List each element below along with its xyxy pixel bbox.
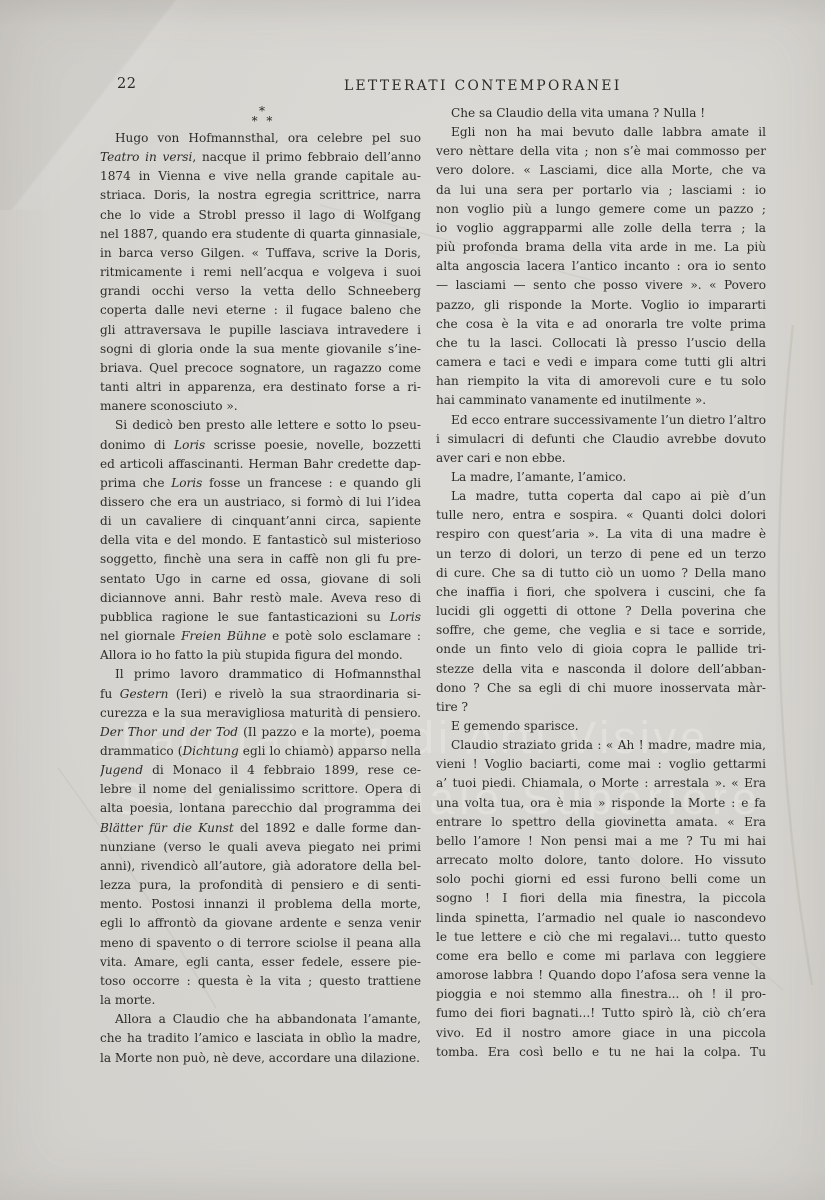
text-line: in barca verso Gilgen. « Tuffava, scrive…	[100, 244, 421, 263]
text-line: Hugo von Hofmannsthal, ora celebre pel s…	[100, 129, 421, 148]
text-column-right: Che sa Claudio della vita umana ? Nulla …	[436, 104, 766, 1062]
text-line: 1874 in Vienna e vive nella grande capit…	[100, 167, 421, 186]
text-line: le tue lettere e ciò che mi regalavi... …	[436, 928, 766, 947]
text-line: alta poesia, lontana parecchio dal progr…	[100, 799, 421, 818]
text-line: pazzo, gli risponde la Morte. Voglio io …	[436, 296, 766, 315]
text-line: vita. Amare, egli canta, esser fedele, e…	[100, 953, 421, 972]
text-line: La madre, l’amante, l’amico.	[436, 468, 766, 487]
text-line: soggetto, finchè una sera in caffè non g…	[100, 550, 421, 569]
text-line: di cure. Che sa di tutto ciò un uomo ? D…	[436, 564, 766, 583]
text-line: linda spinetta, l’armadio nel quale io n…	[436, 909, 766, 928]
text-line: nel 1887, quando era studente di quarta …	[100, 225, 421, 244]
text-line: bello l’amore ! Non pensi mai a me ? Tu …	[436, 832, 766, 851]
text-line: tulle nero, entra e sospira. « Quanti do…	[436, 506, 766, 525]
text-line: la morte.	[100, 991, 421, 1010]
text-line: lucidi gli oggetti di ottone ? Della pov…	[436, 602, 766, 621]
text-line: solo pochi giorni ed essi furono belli c…	[436, 870, 766, 889]
text-line: lebre il nome del genialissimo scrittore…	[100, 780, 421, 799]
text-line: manere sconosciuto ».	[100, 397, 421, 416]
text-line: sogno ! I fiori della mia finestra, la p…	[436, 889, 766, 908]
text-line: Allora io ho fatto la più stupida figura…	[100, 646, 421, 665]
text-line: han riempito la vita di amorevoli cure e…	[436, 372, 766, 391]
text-line: entrare lo spettro della giovinetta amat…	[436, 813, 766, 832]
text-line: vero dolore. « Lasciami, dice alla Morte…	[436, 161, 766, 180]
text-line: prima che Loris fosse un francese : e qu…	[100, 474, 421, 493]
text-line: che ha tradito l’amico e lasciata in obl…	[100, 1029, 421, 1048]
text-line: come era bello e come mi parlava con leg…	[436, 947, 766, 966]
text-line: nunziane (verso le quali aveva piegato n…	[100, 838, 421, 857]
text-line: dono ? Che sa egli di chi muore inosserv…	[436, 679, 766, 698]
text-line: fu Gestern (Ieri) e rivelò la sua straor…	[100, 685, 421, 704]
text-line: Egli non ha mai bevuto dalle labbra amat…	[436, 123, 766, 142]
text-line: sogni di gloria onde la sua mente giovan…	[100, 340, 421, 359]
text-line: a’ tuoi piedi. Chiamala, o Morte : arres…	[436, 774, 766, 793]
text-line: alta angoscia lacera l’antico incanto : …	[436, 257, 766, 276]
text-line: egli lo affrontò da giovane ardente e se…	[100, 914, 421, 933]
text-line: stezze della vita e nasconda il dolore d…	[436, 660, 766, 679]
text-line: Blätter für die Kunst del 1892 e dalle f…	[100, 819, 421, 838]
text-line: Ed ecco entrare successivamente l’un die…	[436, 411, 766, 430]
text-line: curezza e la sua meravigliosa maturità d…	[100, 704, 421, 723]
text-line: un terzo di dolori, un terzo di pene ed …	[436, 545, 766, 564]
text-line: briava. Quel precoce sognatore, un ragaz…	[100, 359, 421, 378]
text-line: amorose labbra ! Quando dopo l’afosa ser…	[436, 966, 766, 985]
text-line: coperta dalle nevi eterne : il fugace ba…	[100, 301, 421, 320]
text-line: che inaffia i fiori, che spolvera i cusc…	[436, 583, 766, 602]
running-header: LETTERATI CONTEMPORANEI	[344, 78, 622, 94]
text-line: da lui una sera per portarlo via ; lasci…	[436, 181, 766, 200]
text-column-left: Hugo von Hofmannsthal, ora celebre pel s…	[100, 129, 421, 1068]
text-line: Jugend di Monaco il 4 febbraio 1899, res…	[100, 761, 421, 780]
text-line: Il primo lavoro drammatico di Hofmannsth…	[100, 665, 421, 684]
text-line: pioggia e noi stemmo alla finestra... oh…	[436, 985, 766, 1004]
text-line: — lasciami — sento che posso vivere ». «…	[436, 276, 766, 295]
text-line: di un cavaliere di cinquant’anni circa, …	[100, 512, 421, 531]
text-line: sentato Ugo in carne ed ossa, giovane di…	[100, 570, 421, 589]
text-line: aver cari e non ebbe.	[436, 449, 766, 468]
text-line: ed articoli affascinanti. Herman Bahr cr…	[100, 455, 421, 474]
text-line: i simulacri di defunti che Claudio avreb…	[436, 430, 766, 449]
text-line: Che sa Claudio della vita umana ? Nulla …	[436, 104, 766, 123]
text-line: Teatro in versi, nacque il primo febbrai…	[100, 148, 421, 167]
text-line: che tu la lasci. Collocati là presso l’u…	[436, 334, 766, 353]
text-line: ritmicamente i remi nell’acqua e volgeva…	[100, 263, 421, 282]
text-line: che lo vide a Strobl presso il lago di W…	[100, 206, 421, 225]
text-line: camera e taci e vedi e impara come tutti…	[436, 353, 766, 372]
text-line: tanti altri in apparenza, era destinato …	[100, 378, 421, 397]
text-line: Allora a Claudio che ha abbandonata l’am…	[100, 1010, 421, 1029]
text-line: lezza pura, la profondità di pensiero e …	[100, 876, 421, 895]
text-line: dissero che era un austriaco, si formò d…	[100, 493, 421, 512]
text-line: respiro con quest’aria ». La vita di una…	[436, 525, 766, 544]
text-line: vero nèttare della vita ; non s’è mai co…	[436, 142, 766, 161]
text-line: tomba. Era così bello e tu ne hai la col…	[436, 1043, 766, 1062]
text-line: che cosa è la vita e ad onorarla tre vol…	[436, 315, 766, 334]
text-line: Si dedicò ben presto alle lettere e sott…	[100, 416, 421, 435]
text-line: donimo di Loris scrisse poesie, novelle,…	[100, 436, 421, 455]
text-line: io voglio aggrapparmi alle zolle della t…	[436, 219, 766, 238]
asterisk-divider-bottom: * *	[238, 116, 286, 127]
text-line: nel giornale Freien Bühne e potè solo es…	[100, 627, 421, 646]
text-line: tire ?	[436, 698, 766, 717]
text-line: non voglio più a lungo gemere come un pa…	[436, 200, 766, 219]
text-line: più profonda brama della vita arde in me…	[436, 238, 766, 257]
text-line: striaca. Doris, la nostra egregia scritt…	[100, 186, 421, 205]
text-line: pubblica ragione le sue fantasticazioni …	[100, 608, 421, 627]
text-line: meno di spavento o di terrore sciolse il…	[100, 934, 421, 953]
text-line: fumo dei fiori bagnati...! Tutto spirò l…	[436, 1004, 766, 1023]
text-line: la Morte non può, nè deve, accordare una…	[100, 1049, 421, 1068]
text-line: onde un finto velo di gioia copra le pal…	[436, 640, 766, 659]
text-line: anni), rivendicò all’autore, già adorato…	[100, 857, 421, 876]
text-line: mento. Postosi innanzi il problema della…	[100, 895, 421, 914]
text-line: grandi occhi verso la vetta dello Schnee…	[100, 282, 421, 301]
text-line: E gemendo sparisce.	[436, 717, 766, 736]
text-line: vieni ! Voglio baciarti, come mai : vogl…	[436, 755, 766, 774]
text-line: toso occorre : questa è la vita ; questo…	[100, 972, 421, 991]
text-line: vivo. Ed il nostro amore giace in una pi…	[436, 1024, 766, 1043]
text-line: hai camminato vanamente ed inutilmente »…	[436, 391, 766, 410]
text-line: soffre, che geme, che veglia e si tace e…	[436, 621, 766, 640]
page-number: 22	[117, 76, 136, 92]
text-line: Claudio straziato grida : « Ah ! madre, …	[436, 736, 766, 755]
text-line: una volta tua, ora è mia » risponde la M…	[436, 794, 766, 813]
asterisk-divider: * * *	[238, 106, 286, 127]
text-line: La madre, tutta coperta dal capo ai piè …	[436, 487, 766, 506]
text-line: Der Thor und der Tod (Il pazzo e la mort…	[100, 723, 421, 742]
text-line: della vita e del mondo. E fantasticò sul…	[100, 531, 421, 550]
text-line: gli attraversava le pupille lasciava int…	[100, 321, 421, 340]
text-line: drammatico (Dichtung egli lo chiamò) app…	[100, 742, 421, 761]
text-line: diciannove anni. Bahr restò male. Aveva …	[100, 589, 421, 608]
text-line: arrecato molto dolore, tanto dolore. Ho …	[436, 851, 766, 870]
